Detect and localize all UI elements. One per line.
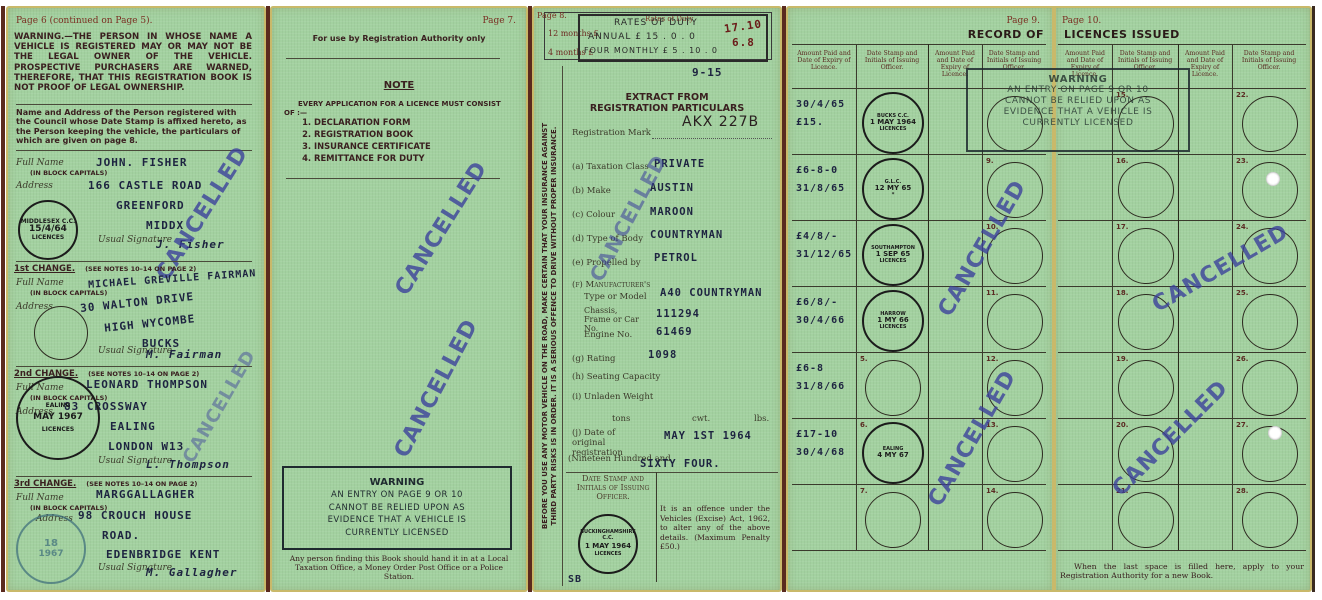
page-header: Page 6 (continued on Page 5). (16, 16, 153, 26)
stamp-date: 1967 (38, 550, 63, 559)
model-value: A40 COUNTRYMAN (660, 287, 763, 299)
keeper-name: LEONARD THOMPSON (86, 378, 208, 391)
stamp-circle (1118, 492, 1174, 548)
slot-number: 19. (1116, 355, 1128, 363)
rating-value: 1098 (648, 349, 677, 361)
field-label: Chassis, Frame or Car No. (584, 306, 644, 333)
body-type-value: COUNTRYMAN (650, 229, 723, 241)
grid-line (792, 352, 1046, 353)
stamp-circle (1242, 162, 1298, 218)
extract-title-line: REGISTRATION PARTICULARS (590, 103, 744, 114)
stamp-date: 18 (44, 539, 58, 550)
field-label: (c) Colour (572, 210, 615, 220)
grid-line (1232, 44, 1233, 550)
stamp-circle (34, 306, 88, 360)
slot-number: 26. (1236, 355, 1248, 363)
keeper-address-line: 166 CASTLE ROAD (88, 179, 202, 192)
field-label: (h) Seating Capacity (572, 372, 660, 382)
stamp-circle (1242, 294, 1298, 350)
keeper-name: MARGGALLAGHER (96, 488, 195, 501)
stamp-circle (987, 426, 1043, 482)
licence-date-stamp: EALING4 MY 67 (862, 422, 924, 484)
warning-line: EVIDENCE THAT A VEHICLE IS (284, 515, 510, 526)
licence-amount-expiry: £6/8/- (796, 296, 838, 309)
slot-number: 11. (986, 289, 998, 297)
slot-number: 20. (1116, 421, 1128, 429)
field-label: (g) Rating (572, 354, 616, 364)
keeper-signature: M. Fairman (146, 348, 222, 361)
licences-issued-title: LICENCES ISSUED (1064, 28, 1180, 41)
stamp-text: EALING (46, 403, 71, 409)
field-label: (a) Taxation Class (572, 162, 649, 172)
rate-amendment: 9-15 (692, 66, 723, 79)
warning-line: EVIDENCE THAT A VEHICLE IS (968, 107, 1188, 118)
weight-unit: lbs. (754, 414, 769, 424)
block-capitals-label: (IN BLOCK CAPITALS) (30, 169, 107, 177)
engine-number-value: 61469 (656, 326, 693, 338)
stamp-text: LICENCES (879, 325, 906, 330)
licence-warning-stamp: WARNING AN ENTRY ON PAGE 9 OR 10 CANNOT … (282, 466, 512, 550)
change-note: (SEE NOTES 10–14 ON PAGE 2) (86, 480, 197, 488)
licence-amount-expiry: £17-10 (796, 428, 838, 441)
keeper-address-line: GREENFORD (116, 199, 185, 212)
licence-date-stamp: G.L.C.12 MY 65* (862, 158, 924, 220)
keeper-address-line: LONDON W13 (108, 440, 184, 453)
application-requirements-list: DECLARATION FORM REGISTRATION BOOK INSUR… (300, 116, 431, 164)
new-book-notice: When the last space is filled here, appl… (1060, 562, 1304, 580)
grid-line (1058, 352, 1306, 353)
field-label: (i) Unladen Weight (572, 392, 653, 402)
stamp-text: 4 MY 67 (877, 452, 909, 459)
annual-rate: ANNUAL £ 15 . 0 . 0 (588, 32, 696, 42)
divider (16, 366, 252, 367)
weight-unit: cwt. (692, 414, 710, 424)
warning-line: AN ENTRY ON PAGE 9 OR 10 (284, 490, 510, 501)
field-label: (b) Make (572, 186, 611, 196)
divider (16, 104, 252, 105)
stamp-text: BUCKINGHAMSHIRE C.C. (580, 530, 636, 541)
column-header-stamp: Date Stamp and Initials of Issuing Offic… (1234, 50, 1304, 71)
note-intro: EVERY APPLICATION FOR A LICENCE MUST CON… (284, 100, 508, 117)
four-monthly-rate: FOUR MONTHLY £ 5 . 10 . 0 (584, 46, 718, 55)
stamp-text: LICENCES (879, 127, 906, 132)
grid-line (1058, 484, 1306, 485)
keeper-address-line: HIGH WYCOMBE (104, 312, 196, 334)
change-note: (SEE NOTES 10–14 ON PAGE 2) (85, 265, 196, 273)
stamp-circle (865, 492, 921, 548)
stamp-circle (865, 360, 921, 416)
licence-date-stamp: BUCKS C.C.1 MAY 1964LICENCES (862, 92, 924, 154)
extract-title-line: EXTRACT FROM (625, 92, 708, 103)
grid-line (1058, 550, 1306, 551)
list-item: REMITTANCE FOR DUTY (314, 152, 431, 164)
grid-line (1058, 220, 1306, 221)
authority-heading: For use by Registration Authority only (270, 34, 528, 43)
registration-mark-label: Registration Mark (572, 128, 651, 138)
field-line (652, 138, 772, 139)
record-title: RECORD OF (968, 28, 1044, 41)
side-note-line: THIRD PARTY RISKS IS IN ORDER. IT IS A S… (550, 127, 558, 526)
slot-number: 18. (1116, 289, 1128, 297)
keeper-address-line: EALING (110, 420, 156, 433)
page-8: 12 months £ 4 months £ Rates of Duty Pag… (532, 6, 782, 592)
slot-number: 17. (1116, 223, 1128, 231)
full-name-label: Full Name (16, 278, 64, 288)
grid-line (928, 44, 929, 550)
page-header: Page 9. (1006, 16, 1040, 26)
divider (16, 150, 252, 151)
slot-number: 23. (1236, 157, 1248, 165)
slot-number: 22. (1236, 91, 1248, 99)
licence-amount-expiry: 30/4/66 (796, 314, 845, 327)
warning-title: WARNING (968, 74, 1188, 85)
cancelled-stamp: CANCELLED (179, 346, 261, 466)
stamp-circle (1242, 360, 1298, 416)
ownership-warning: WARNING.—THE PERSON IN WHOSE NAME A VEHI… (14, 32, 252, 93)
divider (562, 66, 563, 586)
warning-line: CURRENTLY LICENSED (968, 118, 1188, 129)
grid-line (1058, 154, 1306, 155)
licence-amount-expiry: 31/12/65 (796, 248, 852, 261)
divider (566, 472, 778, 473)
change-title: 3rd CHANGE. (14, 479, 76, 489)
stamp-circle (1118, 360, 1174, 416)
stamp-date: 1 MAY 1964 (585, 543, 631, 550)
licence-amount-expiry: £15. (796, 116, 824, 129)
grid-line (792, 550, 1046, 551)
grid-line (792, 286, 1046, 287)
slot-number: 27. (1236, 421, 1248, 429)
field-label: Engine No. (584, 330, 632, 340)
slot-number: 28. (1236, 487, 1248, 495)
officer-initials: SB (568, 574, 582, 585)
stamp-circle (1118, 228, 1174, 284)
licence-amount-expiry: 30/4/68 (796, 446, 845, 459)
registration-year-words: SIXTY FOUR. (640, 458, 721, 470)
divider (16, 261, 252, 262)
slot-number: 16. (1116, 157, 1128, 165)
keeper-address-line: 98 CROUCH HOUSE (78, 509, 192, 522)
licence-amount-expiry: £6-8-0 (796, 164, 838, 177)
list-item: DECLARATION FORM (314, 116, 431, 128)
keeper-name: JOHN. FISHER (96, 156, 187, 169)
warning-line: CURRENTLY LICENSED (284, 528, 510, 539)
council-date-stamp: MIDDLESEX C.C. 15/4/64 LICENCES (18, 200, 78, 260)
stamp-text: * (892, 193, 895, 198)
council-date-stamp: 18 1967 (16, 514, 86, 584)
offence-notice: It is an offence under the Vehicles (Exc… (660, 504, 770, 552)
warning-line: CANNOT BE RELIED UPON AS (284, 503, 510, 514)
list-item: INSURANCE CERTIFICATE (314, 140, 431, 152)
page-7: Page 7. For use by Registration Authorit… (270, 6, 528, 592)
grid-line (792, 418, 1046, 419)
punch-hole (1266, 172, 1280, 186)
grid-line (792, 484, 1046, 485)
colour-value: MAROON (650, 206, 694, 218)
address-label: Address (16, 181, 53, 191)
grid-line (856, 44, 857, 550)
field-label: Type or Model (584, 292, 647, 302)
keeper-address-line: ROAD. (102, 529, 140, 542)
keeper-address-line: EDENBRIDGE KENT (106, 548, 220, 561)
stamp-circle (987, 492, 1043, 548)
slot-number: 14. (986, 487, 998, 495)
keeper-signature: M. Gallagher (146, 566, 237, 579)
licence-date-stamp: HARROW1 MY 66LICENCES (862, 290, 924, 352)
slot-number: 25. (1236, 289, 1248, 297)
stamp-circle (1242, 96, 1298, 152)
licence-amount-expiry: £4/8/- (796, 230, 838, 243)
finder-instructions: Any person finding this Book should hand… (284, 554, 514, 581)
propelled-by-value: PETROL (654, 252, 698, 264)
rates-stamp-title: RATES OF DUTY (614, 18, 698, 28)
divider (286, 58, 500, 59)
chassis-number-value: 111294 (656, 308, 700, 320)
page-header: Page 7. (482, 16, 516, 26)
full-name-label: Full Name (16, 493, 64, 503)
warning-line: CANNOT BE RELIED UPON AS (968, 96, 1188, 107)
rate-amendment: 6.8 (732, 36, 755, 49)
full-name-label: Full Name (16, 158, 64, 168)
column-header-amount: Amount Paid and Date of Expiry of Licenc… (794, 50, 854, 71)
column-header-stamp: Date Stamp and Initials of Issuing Offic… (858, 50, 926, 71)
stamp-text: LICENCES (879, 259, 906, 264)
slot-number: 24. (1236, 223, 1248, 231)
grid-line (792, 154, 1046, 155)
slot-number: 7. (860, 487, 868, 495)
licence-date-stamp: SOUTHAMPTON1 SEP 65LICENCES (862, 224, 924, 286)
slot-number: 6. (860, 421, 868, 429)
spine-edge (1, 6, 5, 592)
slot-number: 12. (986, 355, 998, 363)
stamp-text: LICENCES (594, 552, 621, 557)
note-title: NOTE (270, 80, 528, 91)
licence-amount-expiry: 30/4/65 (796, 98, 845, 111)
change-heading: 1st CHANGE.(SEE NOTES 10–14 ON PAGE 2) (14, 264, 196, 274)
registered-keeper-description: Name and Address of the Person registere… (16, 108, 252, 146)
warning-title: WARNING (284, 477, 510, 488)
licence-amount-expiry: £6-8 (796, 362, 824, 375)
field-label: (f) Manufacturer's (572, 280, 650, 290)
cancelled-stamp: CANCELLED (390, 315, 484, 462)
registration-mark: AKX 227B (682, 114, 759, 130)
spine-edge (1312, 6, 1315, 592)
licence-amount-expiry: 31/8/65 (796, 182, 845, 195)
divider (16, 476, 252, 477)
slot-number: 5. (860, 355, 868, 363)
licence-warning-stamp: WARNING AN ENTRY ON PAGE 9 OR 10 CANNOT … (966, 68, 1190, 152)
warning-line: AN ENTRY ON PAGE 9 OR 10 (968, 85, 1188, 96)
date-stamp-label: Date Stamp and Initials of Issuing Offic… (568, 474, 658, 501)
grid-line (1058, 44, 1306, 45)
grid-line (792, 44, 1046, 45)
stamp-date: MAY 1967 (33, 413, 83, 422)
punch-hole (1268, 426, 1282, 440)
stamp-text: LICENCES (32, 235, 64, 241)
issuing-office-stamp: BUCKINGHAMSHIRE C.C. 1 MAY 1964 LICENCES (578, 514, 638, 574)
stamp-circle (1118, 162, 1174, 218)
council-date-stamp: EALING MAY 1967 LICENCES (16, 376, 100, 460)
slot-number: 9. (986, 157, 994, 165)
stamp-text: LICENCES (42, 427, 74, 433)
stamp-circle (987, 294, 1043, 350)
extract-title: EXTRACT FROMREGISTRATION PARTICULARS (562, 92, 772, 114)
stamp-circle (1242, 492, 1298, 548)
list-item: REGISTRATION BOOK (314, 128, 431, 140)
licence-amount-expiry: 31/8/66 (796, 380, 845, 393)
side-note-line: BEFORE YOU USE ANY MOTOR VEHICLE ON THE … (541, 123, 549, 529)
page-6: Page 6 (continued on Page 5). WARNING.—T… (6, 6, 266, 592)
weight-unit: tons (612, 414, 630, 424)
page-header: Page 8. (537, 11, 567, 20)
change-title: 1st CHANGE. (14, 264, 75, 274)
change-note: (SEE NOTES 10–14 ON PAGE 2) (88, 370, 199, 378)
page-header: Page 10. (1062, 16, 1101, 26)
registration-date-value: MAY 1ST 1964 (664, 430, 752, 442)
